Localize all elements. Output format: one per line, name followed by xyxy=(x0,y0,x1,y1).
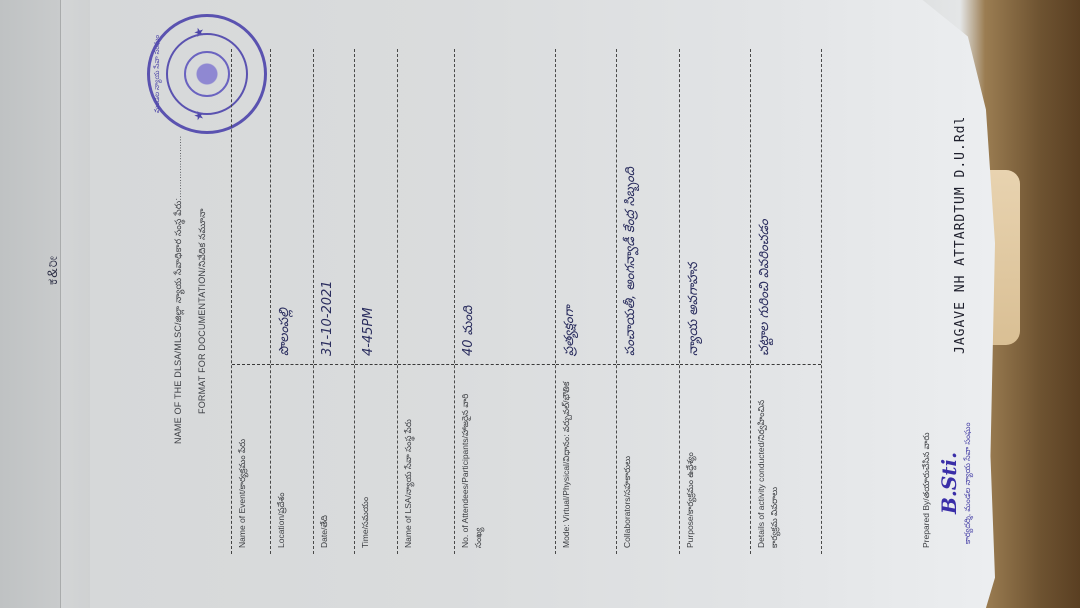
value-activity-details: చట్టాల గురించి వివరించడం xyxy=(751,49,821,364)
label-collaborators: Collaborators/సహకారులు xyxy=(617,364,679,554)
form-table: Name of Event/కార్యక్రమం పేరు Location/ప… xyxy=(231,49,822,554)
label-purpose: Purpose/కార్యక్రమం ఉద్దేశ్యం xyxy=(680,364,750,554)
prepared-by-label: Prepared By/తయారుచేసిన వారు xyxy=(921,432,934,548)
value-date: 31-10-2021 xyxy=(314,49,354,364)
value-collaborators: పంచాయతీ, అంగన్వాడీ కేంద్ర సిబ్బంది xyxy=(617,49,679,364)
row-date: Date/తేది 31-10-2021 xyxy=(314,49,355,554)
value-lsa-name xyxy=(398,49,454,364)
value-purpose: న్యాయ అవగాహన xyxy=(680,49,750,364)
label-lsa-name: Name of LSA/న్యాయ సేవా సంస్థ పేరు xyxy=(398,364,454,554)
label-mode: Mode: Virtual/Physical/విధానం: వర్చువల్/… xyxy=(556,364,616,554)
row-lsa-name: Name of LSA/న్యాయ సేవా సంస్థ పేరు xyxy=(398,49,455,554)
signature: B.Sti. xyxy=(937,452,961,514)
row-attendees: No. of Attendees/Participants/హాజరైన వార… xyxy=(455,49,556,554)
form-header-subtitle: FORMAT FOR DOCUMENTATION/నివేదిక నమూనా xyxy=(197,208,210,414)
label-activity-details: Details of activity conducted/నిర్వహించి… xyxy=(751,364,821,554)
label-time: Time/సమయం xyxy=(355,364,397,554)
value-location: పొలంపల్లి xyxy=(271,49,313,364)
label-location: Location/ప్రదేశం xyxy=(271,364,313,554)
sheet-edge xyxy=(60,0,91,608)
row-activity-details: Details of activity conducted/నిర్వహించి… xyxy=(751,49,822,554)
underlying-sheet: ಕ&ರೀ xyxy=(0,0,60,608)
row-mode: Mode: Virtual/Physical/విధానం: వర్చువల్/… xyxy=(556,49,617,554)
signature-block: B.Sti. కార్యదర్శి, మండల న్యాయ సేవా సంఘం xyxy=(937,394,967,544)
value-event-name xyxy=(232,49,270,364)
handwritten-note: JAGAVE NH ATTARDTUM D.U.Rdl xyxy=(953,116,968,354)
row-time: Time/సమయం 4-45PM xyxy=(355,49,398,554)
label-attendees: No. of Attendees/Participants/హాజరైన వార… xyxy=(455,364,555,554)
stamp-text: మండల న్యాయ సేవా సంఘం xyxy=(154,17,163,131)
value-attendees: 40 మంది xyxy=(455,49,555,364)
row-event-name: Name of Event/కార్యక్రమం పేరు xyxy=(232,49,271,554)
value-time: 4-45PM xyxy=(355,49,397,364)
documentation-form: NAME OF THE DLSA/MLSC/జిల్లా న్యాయ సేవాధ… xyxy=(153,24,973,584)
value-mode: ప్రత్యక్షంగా xyxy=(556,49,616,364)
stamp-emblem xyxy=(184,51,230,97)
document-paper: NAME OF THE DLSA/MLSC/జిల్లా న్యాయ సేవాధ… xyxy=(90,0,995,608)
signature-caption: కార్యదర్శి, మండల న్యాయ సేవా సంఘం xyxy=(963,422,974,544)
label-date: Date/తేది xyxy=(314,364,354,554)
row-location: Location/ప్రదేశం పొలంపల్లి xyxy=(271,49,314,554)
row-purpose: Purpose/కార్యక్రమం ఉద్దేశ్యం న్యాయ అవగాహ… xyxy=(680,49,751,554)
row-collaborators: Collaborators/సహకారులు పంచాయతీ, అంగన్వాడ… xyxy=(617,49,680,554)
underlying-scribble: ಕ&ರೀ xyxy=(44,255,60,285)
label-event-name: Name of Event/కార్యక్రమం పేరు xyxy=(232,364,270,554)
form-header-title: NAME OF THE DLSA/MLSC/జిల్లా న్యాయ సేవాధ… xyxy=(173,136,186,444)
